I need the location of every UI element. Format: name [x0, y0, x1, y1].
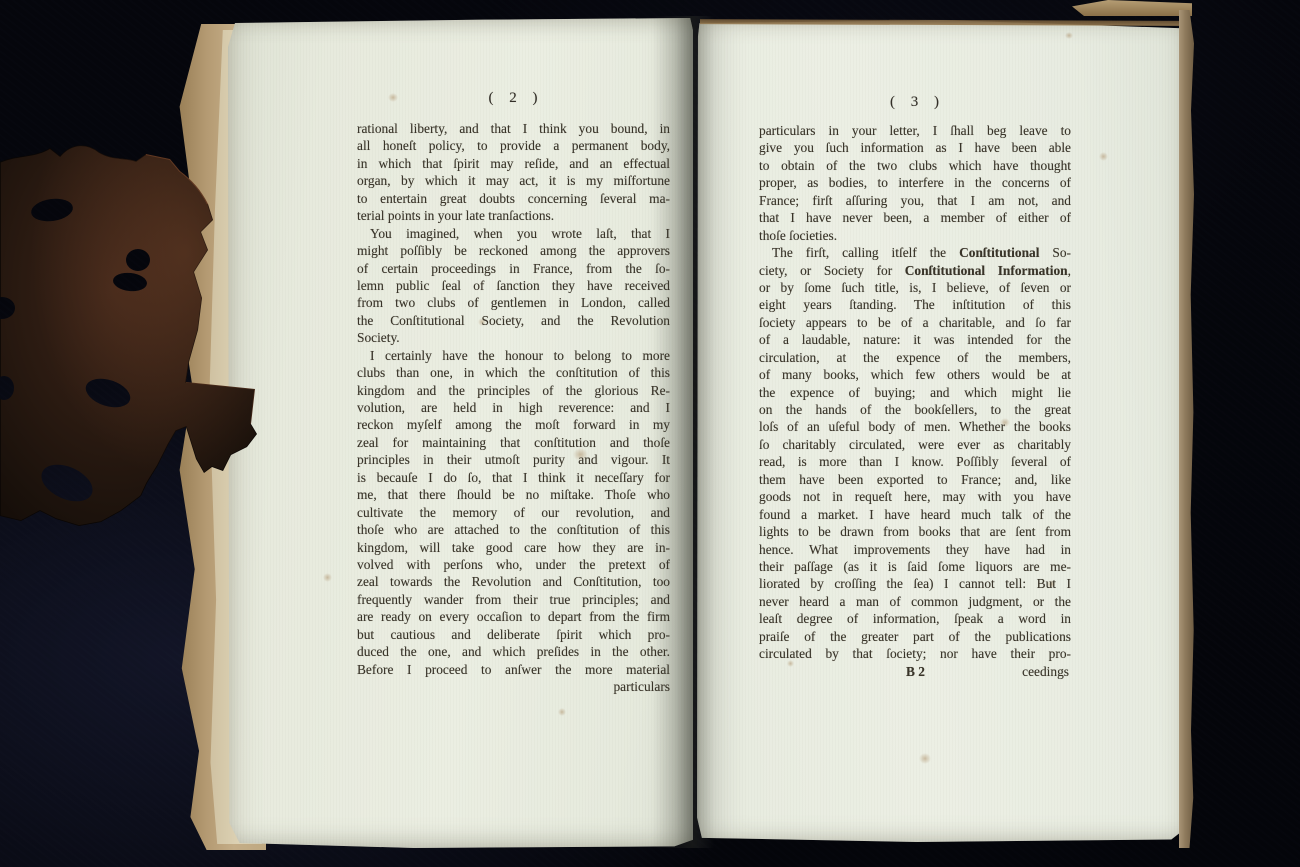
text-line: that I have never been, a member of eith… [759, 209, 1071, 226]
text-line: zeal for maintaining that conſtitution a… [357, 434, 670, 451]
text-line: reckon myſelf among the moſt forward in … [357, 416, 670, 433]
text-line: thoſe ſocieties. [759, 227, 1071, 244]
text-line: read, is more than I know. Poſſibly ſeve… [759, 453, 1071, 470]
text-line: their paſſage (as it is ſaid ſome liquor… [759, 558, 1071, 575]
text-line: volved with perſons who, under the prete… [357, 556, 670, 573]
text-line: of a laudable, nature: it was intended f… [759, 331, 1071, 348]
signature-mark: B 2 [906, 663, 925, 680]
book-photo-scene: ( 2 ) rational liberty, and that I think… [0, 0, 1300, 867]
page-2-text: rational liberty, and that I think you b… [357, 120, 670, 695]
text-line: The firſt, calling itſelf the Conſtituti… [759, 244, 1071, 261]
text-line: kingdom, will take good care how they ar… [357, 539, 670, 556]
catchword: ceedings [1022, 663, 1069, 680]
page-deckle-edge-right [1179, 10, 1194, 848]
text-line: give you ſuch information as I have been… [759, 139, 1071, 156]
foxing-spot [1099, 152, 1108, 161]
text-line: ſo charitably circulated, were ever as c… [759, 436, 1071, 453]
text-line: particulars [357, 678, 670, 695]
text-line: liorated by croſſing the ſea) I cannot t… [759, 575, 1071, 592]
right-page: ( 3 ) particulars in your letter, I ſhal… [697, 20, 1186, 842]
text-line: Society. [357, 329, 670, 346]
foxing-spot [919, 753, 931, 764]
text-line: might poſſibly be reckoned among the app… [357, 242, 670, 259]
text-line: eight years ſtanding. The inſtitution of… [759, 296, 1071, 313]
text-line: them have been exported to France; and, … [759, 471, 1071, 488]
text-line: to obtain of the two clubs which have th… [759, 157, 1071, 174]
text-line: or by ſome ſuch title, is, I believe, of… [759, 279, 1071, 296]
text-line: cultivate the memory of our revolution, … [357, 504, 670, 521]
text-line: in which that ſpirit may reſide, and an … [357, 155, 670, 172]
text-line: I certainly have the honour to belong to… [357, 347, 670, 364]
page-3-text: particulars in your letter, I ſhall beg … [759, 122, 1071, 680]
text-line: hence. What improvements they have had i… [759, 541, 1071, 558]
text-line: leaſt degree of information, ſpeak a wor… [759, 610, 1071, 627]
text-line: clubs than one, in which the conſtitutio… [357, 364, 670, 381]
page-2-header: ( 2 ) [357, 90, 670, 107]
text-line: kingdom and the principles of the glorio… [357, 382, 670, 399]
text-line: volution, are held in high reverence: an… [357, 399, 670, 416]
text-line: to entertain great doubts concerning ſev… [357, 190, 670, 207]
text-line: praiſe of the greater part of the public… [759, 628, 1071, 645]
text-line: goods not in requeſt here, may with you … [759, 488, 1071, 505]
text-line: lights to be drawn from books that are ſ… [759, 523, 1071, 540]
foxing-spot [323, 573, 332, 582]
text-line: organ, by which it may act, it is my miſ… [357, 172, 670, 189]
foxing-spot [1065, 32, 1073, 39]
text-line: Before I proceed to anſwer the more mate… [357, 661, 670, 678]
text-line: B 2ceedings [759, 663, 1071, 680]
text-line: principles in their utmoſt purity and vi… [357, 451, 670, 468]
text-line: the expence of buying; and which might l… [759, 384, 1071, 401]
text-line: on the hands of the bookſellers, to the … [759, 401, 1071, 418]
text-line: loſs of an uſeful body of men. Whether t… [759, 418, 1071, 435]
text-line: are ready on every occaſion to depart fr… [357, 608, 670, 625]
text-line: found a market. I have heard much talk o… [759, 506, 1071, 523]
text-line: rational liberty, and that I think you b… [357, 120, 670, 137]
text-line: You imagined, when you wrote laſt, that … [357, 225, 670, 242]
text-line: duced the one, and which preſides in the… [357, 643, 670, 660]
page-3-header: ( 3 ) [759, 94, 1071, 111]
text-line: ciety, or Society for Conſtitutional Inf… [759, 262, 1071, 279]
text-line: all honeſt policy, to provide a permanen… [357, 137, 670, 154]
text-line: particulars in your letter, I ſhall beg … [759, 122, 1071, 139]
text-line: ſociety appears to be of a charitable, a… [759, 314, 1071, 331]
text-line: circulation, at the expence of the membe… [759, 349, 1071, 366]
left-page: ( 2 ) rational liberty, and that I think… [228, 18, 693, 848]
text-line: terial points in your late tranſactions. [357, 207, 670, 224]
text-line: of many books, which few others would be… [759, 366, 1071, 383]
text-line: zeal towards the Revolution and Conſtitu… [357, 573, 670, 590]
text-line: frequently wander from their true princi… [357, 591, 670, 608]
text-line: never heard a man of common judgment, or… [759, 593, 1071, 610]
text-line: the Conſtitutional Society, and the Revo… [357, 312, 670, 329]
text-line: circulated by that ſociety; nor have the… [759, 645, 1071, 662]
iron-clamp [0, 130, 268, 575]
page-top-corner-edge [1072, 0, 1192, 16]
text-line: from two clubs of gentlemen in London, c… [357, 294, 670, 311]
text-line: lemn public ſeal of ſanction they have r… [357, 277, 670, 294]
text-line: but cautious and deliberate ſpirit which… [357, 626, 670, 643]
text-line: France; firſt aſſuring you, that I am no… [759, 192, 1071, 209]
text-line: me, that there ſhould be no miſtake. Tho… [357, 486, 670, 503]
text-line: proper, as bodies, to interfere in the c… [759, 174, 1071, 191]
text-line: thoſe who are attached to the conſtituti… [357, 521, 670, 538]
text-line: of certain proceedings in France, from t… [357, 260, 670, 277]
text-line: is becauſe I do ſo, that I think it nece… [357, 469, 670, 486]
foxing-spot [558, 708, 566, 716]
